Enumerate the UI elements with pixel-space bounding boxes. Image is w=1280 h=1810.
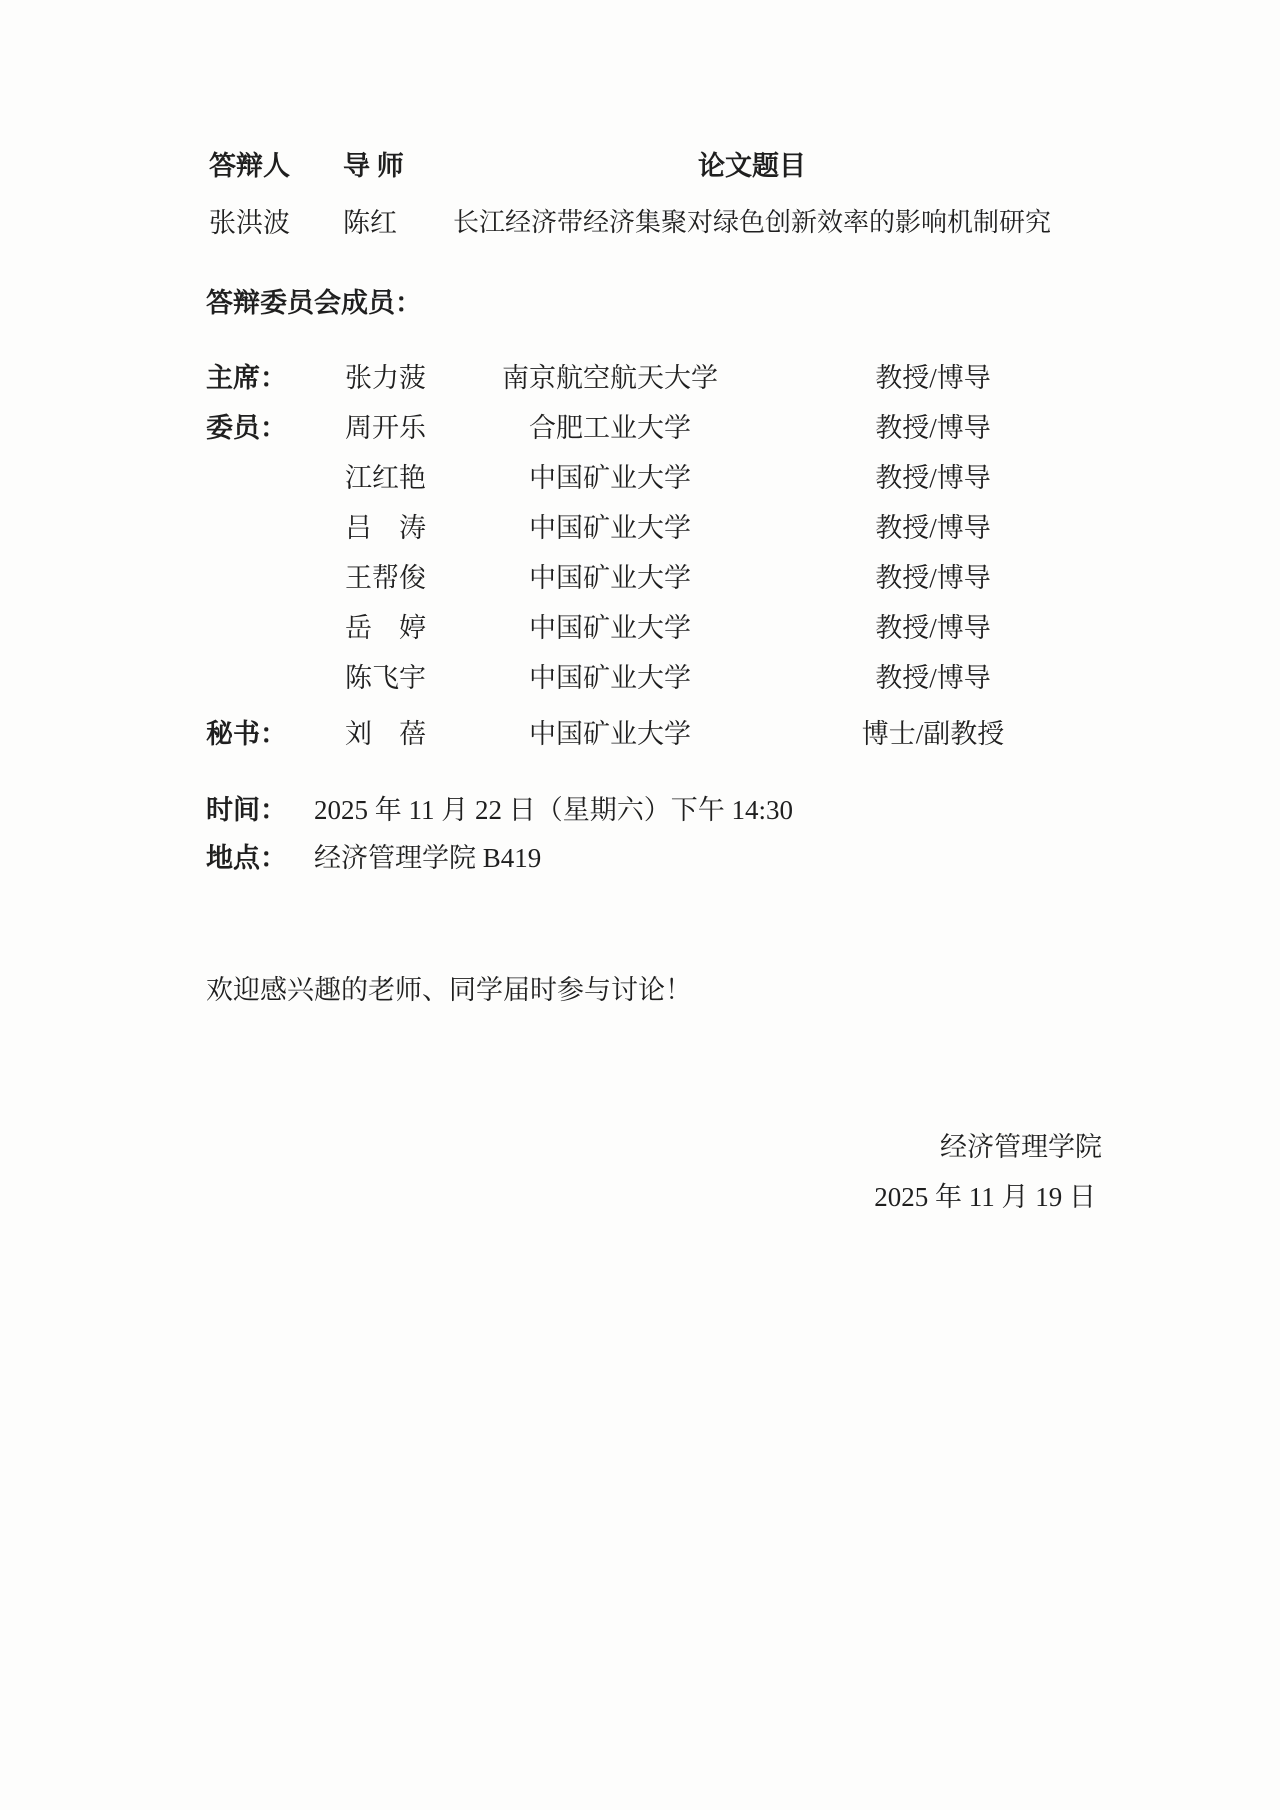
committee-member-title: 教授/博导: [851, 560, 1015, 596]
committee-member-affiliation: 中国矿业大学: [500, 610, 720, 646]
committee-member-name: 王帮俊: [345, 560, 500, 596]
venue-row: 地点： 经济管理学院 B419: [206, 840, 541, 876]
defense-announcement-page: 答辩人 导 师 论文题目 张洪波 陈红 长江经济带经济集聚对绿色创新效率的影响机…: [0, 0, 1280, 1810]
venue-label: 地点：: [206, 840, 314, 876]
committee-member-name: 岳 婷: [345, 610, 500, 646]
committee-member-title: 教授/博导: [851, 410, 1015, 446]
committee-row: 陈飞宇 中国矿业大学 教授/博导: [206, 653, 1015, 703]
committee-member-affiliation: 中国矿业大学: [500, 716, 720, 752]
committee-row: 秘书： 刘 蓓 中国矿业大学 博士/副教授: [206, 709, 1015, 759]
committee-row: 江红艳 中国矿业大学 教授/博导: [206, 453, 1015, 503]
committee-member-affiliation: 南京航空航天大学: [500, 360, 720, 396]
committee-row: 委员： 周开乐 合肥工业大学 教授/博导: [206, 403, 1015, 453]
committee-member-name: 张力菠: [345, 360, 500, 396]
committee-row: 吕 涛 中国矿业大学 教授/博导: [206, 503, 1015, 553]
invitation-text: 欢迎感兴趣的老师、同学届时参与讨论！: [206, 972, 692, 1008]
committee-member-name: 吕 涛: [345, 510, 500, 546]
footer-organization: 经济管理学院: [940, 1129, 1102, 1165]
committee-member-title: 教授/博导: [851, 460, 1015, 496]
committee-member-name: 江红艳: [345, 460, 500, 496]
venue-value: 经济管理学院 B419: [314, 840, 541, 876]
committee-member-title: 教授/博导: [851, 660, 1015, 696]
committee-member-name: 刘 蓓: [345, 716, 500, 752]
committee-member-title: 教授/博导: [851, 360, 1015, 396]
committee-member-affiliation: 中国矿业大学: [500, 510, 720, 546]
header-thesis-title-label: 论文题目: [436, 148, 1068, 184]
time-value: 2025 年 11 月 22 日（星期六）下午 14:30: [314, 792, 793, 828]
thesis-title: 长江经济带经济集聚对绿色创新效率的影响机制研究: [436, 205, 1068, 241]
committee-member-affiliation: 中国矿业大学: [500, 660, 720, 696]
header-defender-label: 答辩人: [209, 148, 343, 184]
committee-member-name: 周开乐: [345, 410, 500, 446]
defender-name: 张洪波: [209, 205, 343, 241]
committee-role-label: 秘书：: [206, 716, 345, 752]
header-table-head-row: 答辩人 导 师 论文题目: [209, 148, 1068, 184]
committee-member-title: 博士/副教授: [851, 716, 1015, 752]
committee-row: 主席： 张力菠 南京航空航天大学 教授/博导: [206, 353, 1015, 403]
committee-role-label: 委员：: [206, 410, 345, 446]
committee-row: 王帮俊 中国矿业大学 教授/博导: [206, 553, 1015, 603]
header-advisor-label: 导 师: [343, 148, 436, 184]
committee-member-affiliation: 合肥工业大学: [500, 410, 720, 446]
advisor-name: 陈红: [343, 205, 436, 241]
committee-section-heading: 答辩委员会成员：: [206, 285, 422, 321]
committee-member-title: 教授/博导: [851, 610, 1015, 646]
footer-date: 2025 年 11 月 19 日: [874, 1179, 1096, 1215]
header-table-data-row: 张洪波 陈红 长江经济带经济集聚对绿色创新效率的影响机制研究: [209, 205, 1068, 241]
committee-member-name: 陈飞宇: [345, 660, 500, 696]
committee-member-affiliation: 中国矿业大学: [500, 560, 720, 596]
time-row: 时间： 2025 年 11 月 22 日（星期六）下午 14:30: [206, 792, 793, 828]
committee-role-label: 主席：: [206, 360, 345, 396]
committee-row: 岳 婷 中国矿业大学 教授/博导: [206, 603, 1015, 653]
committee-member-title: 教授/博导: [851, 510, 1015, 546]
committee-table: 主席： 张力菠 南京航空航天大学 教授/博导 委员： 周开乐 合肥工业大学 教授…: [206, 353, 1015, 759]
committee-member-affiliation: 中国矿业大学: [500, 460, 720, 496]
time-label: 时间：: [206, 792, 314, 828]
